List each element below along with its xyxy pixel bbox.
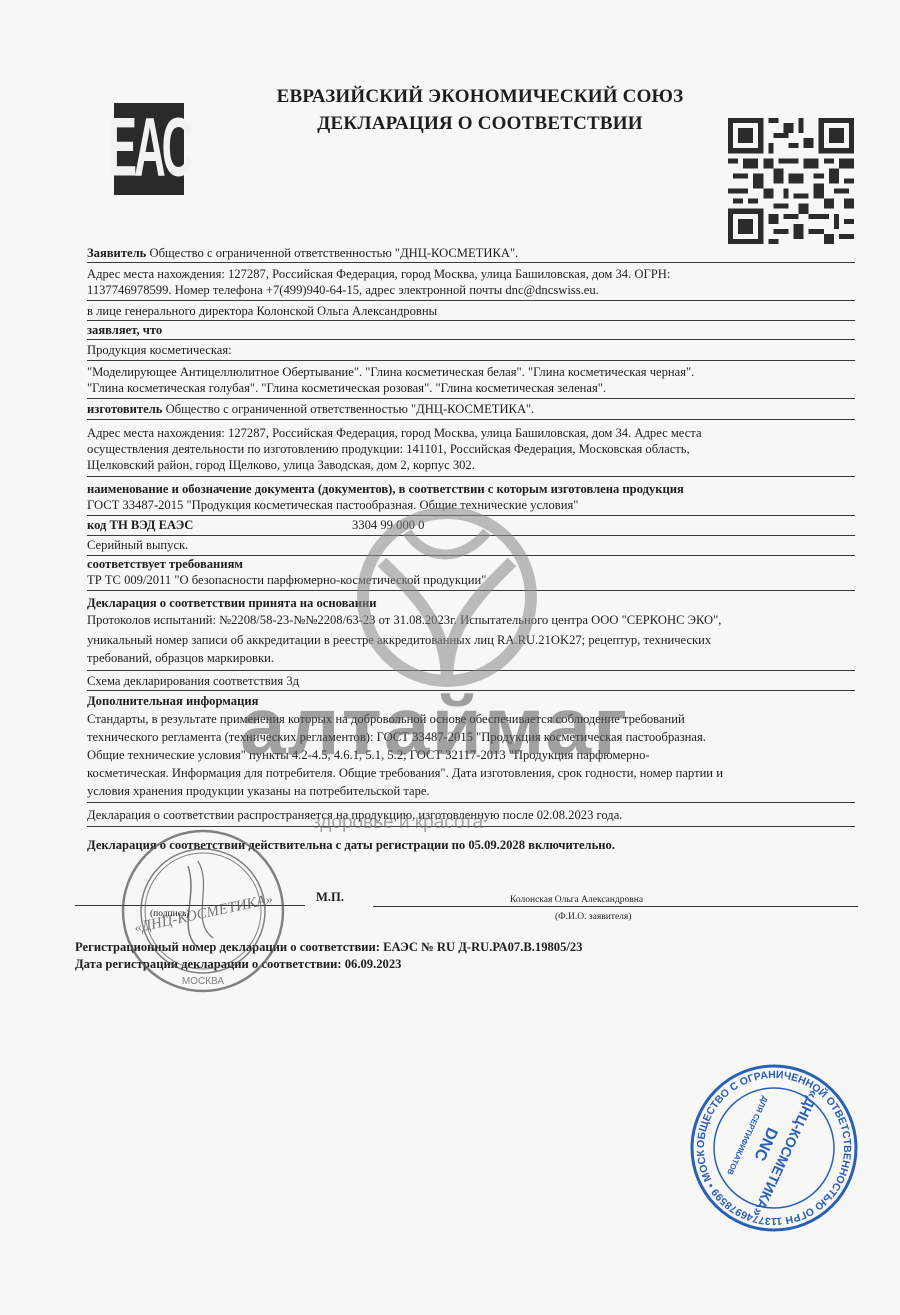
declaration-page: ЕАС ЕВРАЗИЙСКИЙ ЭКОНОМИЧЕСКИЙ СОЮЗ ДЕКЛА… [0,0,900,1315]
basis-label: Декларация о соответствии принята на осн… [87,596,855,611]
divider [87,476,855,477]
eac-logo-text: ЕАС [108,107,191,191]
release-type: Серийный выпуск. [87,538,855,553]
standard-doc-label: наименование и обозначение документа (до… [87,482,855,497]
additional-info-line4: косметическая. Информация для потребител… [87,766,855,781]
applicant-representative: в лице генерального директора Колонской … [87,304,855,319]
conformity-label: соответствует требованиям [87,557,855,572]
applicant-address-line1: Адрес места нахождения: 127287, Российск… [87,267,855,282]
divider [87,419,855,420]
additional-info-line3: Общие технические условия" пункты 4.2-4.… [87,748,855,763]
product-list-line1: "Моделирующее Антицеллюлитное Обертывани… [87,365,855,380]
applicant-name: Общество с ограниченной ответственностью… [146,246,518,260]
seal-label: М.П. [316,890,366,905]
basis-line3: требований, образцов маркировки. [87,651,855,666]
manufacturer-address-line2: осуществления деятельности по изготовлен… [87,442,855,457]
divider [87,398,855,399]
tnved-value: 3304 99 000 0 [352,518,424,533]
applicant-row: Заявитель Общество с ограниченной ответс… [87,246,855,261]
product-category: Продукция косметическая: [87,343,855,358]
additional-info-line1: Стандарты, в результате применения котор… [87,712,855,727]
divider [87,300,855,301]
company-stamp-icon: «ДНЦ-КОСМЕТИКА» МОСКВА [118,826,288,996]
certification-stamp-icon: ОБЩЕСТВО С ОГРАНИЧЕННОЙ ОТВЕТСТВЕННОСТЬЮ… [688,1062,860,1234]
applicant-address-line2: 1137746978599. Номер телефона +7(499)940… [87,283,855,298]
svg-text:«ДНЦ-КОСМЕТИКА»: «ДНЦ-КОСМЕТИКА» [133,891,275,936]
divider [87,262,855,263]
manufacturer-row: изготовитель Общество с ограниченной отв… [87,402,855,417]
divider [87,690,855,691]
tnved-row: код ТН ВЭД ЕАЭС 3304 99 000 0 [87,518,855,533]
qr-code-icon [728,118,854,244]
union-title: ЕВРАЗИЙСКИЙ ЭКОНОМИЧЕСКИЙ СОЮЗ [200,86,760,108]
conformity-value: ТР ТС 009/2011 "О безопасности парфюмерн… [87,573,855,588]
manufacturer-address-line3: Щелковский район, город Щелково, улица З… [87,458,855,473]
divider [87,590,855,591]
applicant-label: Заявитель [87,246,146,260]
signer-name: Колонская Ольга Александровна [510,893,770,908]
divider [87,360,855,361]
svg-text:МОСКВА: МОСКВА [182,976,224,987]
tnved-label: код ТН ВЭД ЕАЭС [87,518,193,532]
additional-info-line5: условия хранения продукции указаны на по… [87,784,855,799]
divider [87,670,855,671]
basis-line2: уникальный номер записи об аккредитации … [87,633,855,648]
divider [87,555,855,556]
manufacturer-label: изготовитель [87,402,162,416]
applies-to-text: Декларация о соответствии распространяет… [87,808,855,823]
declaration-scheme: Схема декларирования соответствия 3д [87,674,855,689]
standard-doc-value: ГОСТ 33487-2015 "Продукция косметическая… [87,498,855,513]
declaration-title: ДЕКЛАРАЦИЯ О СООТВЕТСТВИИ [200,113,760,135]
product-list-line2: "Глина косметическая голубая". "Глина ко… [87,381,855,396]
divider [87,320,855,321]
manufacturer-address-line1: Адрес места нахождения: 127287, Российск… [87,426,855,441]
divider [87,515,855,516]
signer-caption: (Ф.И.О. заявителя) [555,910,715,925]
manufacturer-name: Общество с ограниченной ответственностью… [162,402,534,416]
eac-logo: ЕАС [114,103,184,195]
basis-line1: Протоколов испытаний: №2208/58-23-№№2208… [87,613,855,628]
additional-info-line2: технического регламента (технических рег… [87,730,855,745]
additional-info-label: Дополнительная информация [87,694,855,709]
applicant-declares: заявляет, что [87,323,855,338]
divider [87,339,855,340]
divider [87,535,855,536]
divider [87,802,855,803]
